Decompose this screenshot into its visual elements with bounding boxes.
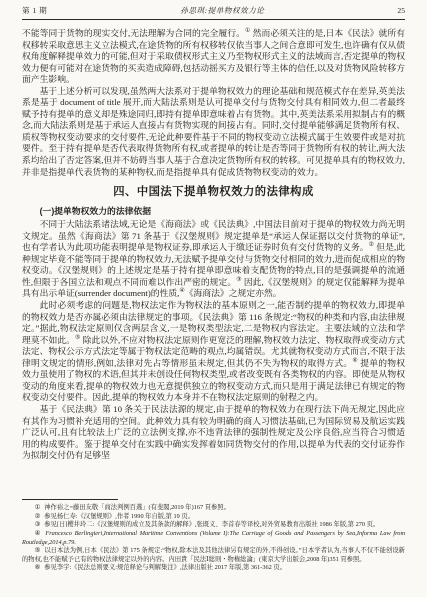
subsection-heading: (一)提单物权效力的法律依据 xyxy=(22,206,405,218)
footnote-text: 以日本法为例,日本《民法》第 175 条规定:“物权,除本法及其他法律另有规定的… xyxy=(22,547,405,563)
body-paragraph: 不能等同于货物的现实交付,无法理解为合同的完全履行。① 然而必须关注的是,日本《… xyxy=(22,28,405,86)
footnote: ①神作裕之=藤田友敬「商法判例百選」(有斐閣,2019 年)167 頁参照。 xyxy=(22,504,405,513)
issue-label: 第 1 期 xyxy=(22,6,47,16)
section-heading: 四、中国法下提单物权效力的法律构成 xyxy=(22,187,405,199)
page-header: 第 1 期 孙思琪:提单物权效力论 25 xyxy=(22,6,405,16)
article-body: 不能等同于货物的现实交付,无法理解为合同的完全履行。① 然而必须关注的是,日本《… xyxy=(22,28,405,462)
footnote-text: Francesco Berlingieri,International Mari… xyxy=(22,530,405,546)
footnote: ③参见[日]樱井玲二:《汉堡规则的成立及其条款的解释》,张既义、李首春等译校,对… xyxy=(22,521,405,530)
footnote-text: 神作裕之=藤田友敬「商法判例百選」(有斐閣,2019 年)167 頁参照。 xyxy=(44,504,230,511)
footnote-separator xyxy=(22,499,118,500)
running-title: 孙思琪:提单物权效力论 xyxy=(47,6,397,16)
footnote-marker: ② xyxy=(35,513,41,520)
page-number: 25 xyxy=(397,6,405,16)
footnote-text: 参见李宇:《民法总则要义:规范释论与判解集注》,法律出版社 2017 年版,第 … xyxy=(44,564,286,571)
body-paragraph: 基于上述分析可以发现,虽然两大法系对于提单物权效力的理论基础和规范模式存在差异,… xyxy=(22,86,405,178)
footnote-marker: ① xyxy=(35,504,41,511)
footnote-marker: ⑤ xyxy=(35,547,41,554)
footnotes-section: ①神作裕之=藤田友敬「商法判例百選」(有斐閣,2019 年)167 頁参照。 ②… xyxy=(22,499,405,573)
footnote: ⑥参见李宇:《民法总则要义:规范释论与判解集注》,法律出版社 2017 年版,第… xyxy=(22,564,405,573)
body-paragraph: 不同于大陆法系诸法域,无论是《海商法》或《民法典》,中国法目前对于提单的物权效力… xyxy=(22,219,405,300)
footnote-marker: ⑥ xyxy=(35,564,41,571)
footnote: ④Francesco Berlingieri,International Mar… xyxy=(22,530,405,547)
footnote-text: 参见[日]樱井玲二:《汉堡规则的成立及其条款的解释》,张既义、李首春等译校,对外… xyxy=(44,521,379,528)
footnote-text: 参见杨仁寿:《汉堡规则》,作者 1990 年自版,第 19 页。 xyxy=(44,513,194,520)
header-rule xyxy=(22,19,405,20)
body-paragraph: 基于《民法典》第 10 条关于民法法源的规定,由于提单的物权效力在现行法下尚无规… xyxy=(22,404,405,462)
paper-page: 第 1 期 孙思琪:提单物权效力论 25 不能等同于货物的现实交付,无法理解为合… xyxy=(0,0,427,597)
footnote-marker: ③ xyxy=(35,521,41,528)
body-paragraph: 此时必须考虑的问题是,物权法定作为物权法的基本原则之一,能否制约提单的物权效力,… xyxy=(22,300,405,404)
footnote: ⑤以日本法为例,日本《民法》第 175 条规定:“物权,除本法及其他法律另有规定… xyxy=(22,547,405,564)
footnote-marker: ④ xyxy=(35,530,42,537)
